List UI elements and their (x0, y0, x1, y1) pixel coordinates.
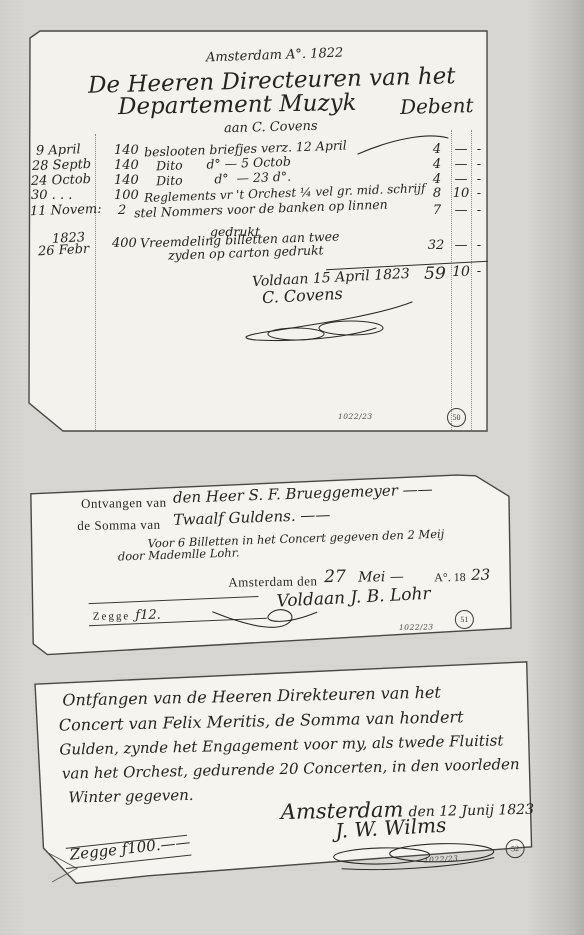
folio-stamp-number: 50 (453, 413, 461, 422)
row-stuivers: — (452, 238, 470, 253)
receipt-lohr-paper: Ontvangen van den Heer S. F. Brueggemeye… (29, 473, 514, 657)
doc1-title-line2: Departement Muzyk (118, 90, 357, 120)
row-date: 11 Novem: (30, 202, 102, 219)
row-florins: 4 (424, 157, 450, 172)
row-penningen: - (472, 142, 486, 157)
signature-flourish (321, 839, 502, 875)
folio-stamp-number: 51 (460, 615, 468, 624)
body-line: Winter gegeven. (68, 786, 194, 807)
doc1-addressee: aan C. Covens (224, 119, 318, 136)
receipt-wilms-paper: Ontfangen van de Heeren Direkteuren van … (32, 661, 534, 889)
date-column-rule (95, 134, 96, 430)
row-qty: 140 (114, 143, 139, 158)
row-qty: 140 (114, 158, 139, 173)
archive-number: 1022/23 (424, 854, 459, 865)
date-day: 27 (324, 567, 346, 587)
zegge-line: Zegge ƒ12. (93, 604, 161, 624)
row-penningen: - (472, 172, 486, 187)
row-florins: 4 (424, 172, 450, 187)
row-florins: 7 (424, 203, 450, 218)
row-stuivers: — (452, 142, 470, 157)
row-penningen: - (472, 157, 486, 172)
year-suffix: 23 (471, 566, 490, 584)
ontvangen-label: Ontvangen van (81, 495, 167, 512)
row-qty: 2 (118, 203, 126, 218)
row-florins: 8 (424, 186, 450, 201)
row-date: 24 Octob (31, 172, 91, 189)
row-florins: 4 (424, 142, 450, 157)
row-qty: 100 (114, 188, 139, 203)
doc1-debet-label: Debent (400, 93, 474, 119)
total-florins: 59 (420, 264, 450, 284)
row-penningen: - (472, 238, 486, 253)
row-penningen: - (472, 186, 486, 201)
row-qty: 400 (112, 236, 137, 251)
signature-flourish (226, 298, 416, 344)
total-stuivers: 10 (452, 264, 470, 280)
row-stuivers: — (452, 172, 470, 187)
folio-stamp: 50 (447, 408, 466, 427)
row-stuivers: — (452, 203, 470, 218)
archive-number: 1022/23 (338, 412, 373, 421)
place-label: Amsterdam den (228, 573, 317, 590)
year-label: A°. 18 (434, 570, 466, 585)
zegge-label: Zegge (93, 610, 131, 623)
zegge-value: ƒ12. (135, 608, 161, 623)
row-florins: 32 (422, 238, 450, 253)
row-stuivers: 10 (452, 186, 470, 201)
archive-number: 1022/23 (399, 622, 434, 632)
invoice-1822-paper: Amsterdam A°. 1822 De Heeren Directeuren… (26, 30, 490, 433)
row-date2: 26 Febr (38, 242, 90, 260)
row-stuivers: — (452, 157, 470, 172)
row-date: 9 April (36, 142, 81, 159)
date-month: Mei — (358, 569, 404, 586)
row-date: 30 . . . (31, 188, 72, 203)
total-penningen: - (472, 264, 486, 279)
somma-label: de Somma van (77, 517, 161, 534)
folio-stamp-number: 52 (511, 844, 519, 853)
row-penningen: - (472, 203, 486, 218)
row-qty: 140 (114, 173, 139, 188)
